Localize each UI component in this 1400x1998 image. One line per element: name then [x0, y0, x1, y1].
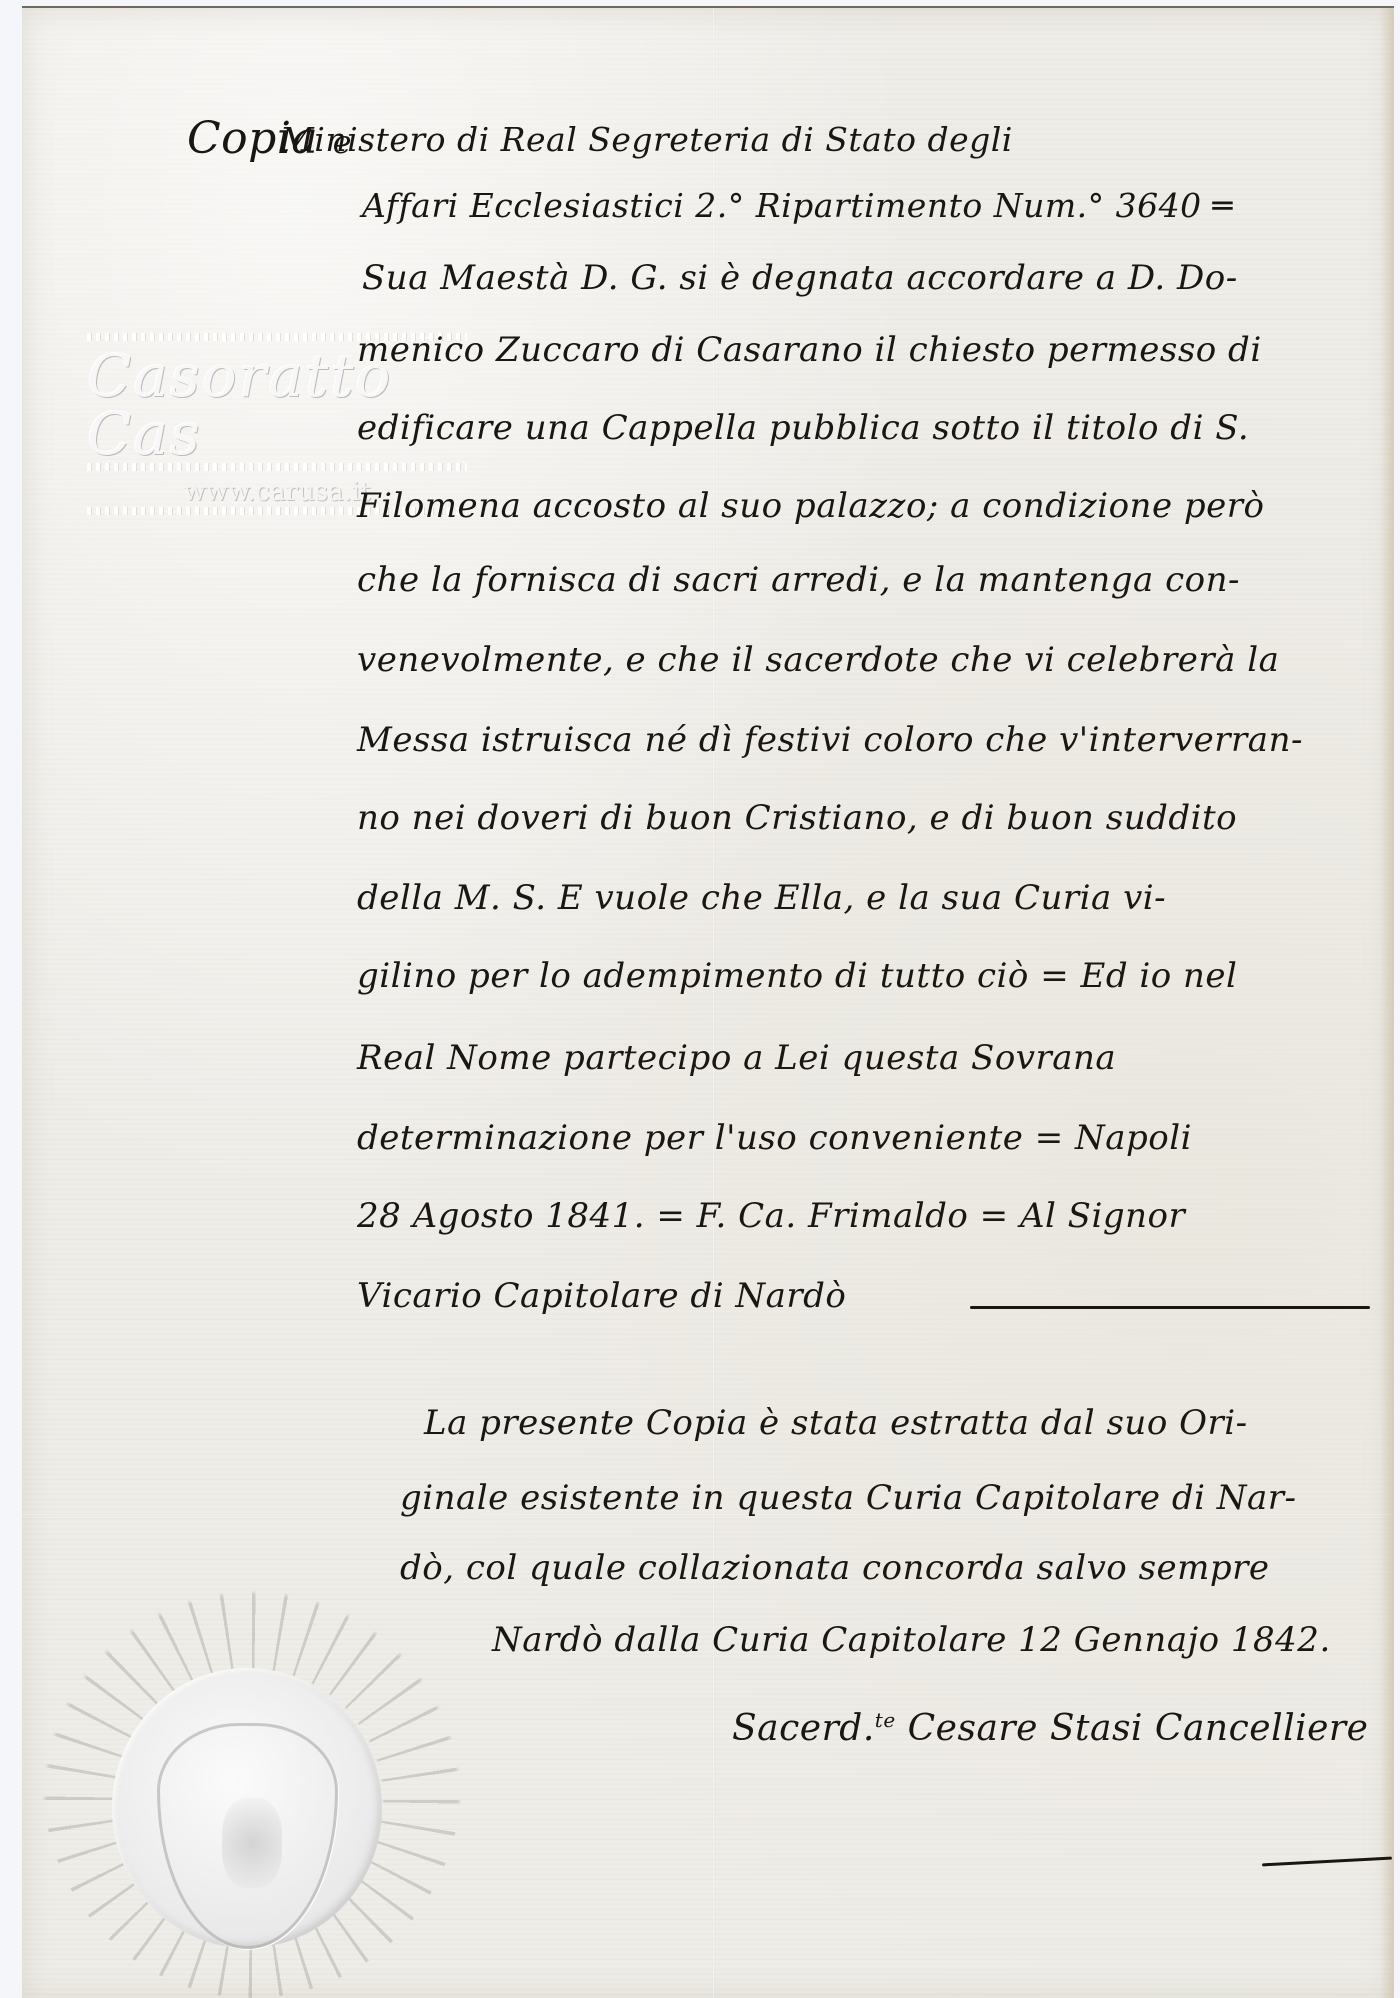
body-line: Ministero di Real Segreteria di Stato de…: [280, 120, 1013, 159]
body-line: Affari Ecclesiastici 2.° Ripartimento Nu…: [362, 186, 1233, 225]
manuscript-page: Casoratto Cas www.carusa.it Copia e Mini…: [22, 6, 1394, 1998]
body-line: della M. S. E vuole che Ella, e la sua C…: [357, 878, 1166, 918]
signature-superscript: te: [875, 1708, 896, 1732]
signature-prefix: Sacerd.: [732, 1708, 875, 1749]
body-line: venevolmente, e che il sacerdote che vi …: [357, 640, 1279, 680]
body-line: Vicario Capitolare di Nardò: [357, 1276, 846, 1316]
body-line: determinazione per l'uso conveniente = N…: [357, 1118, 1192, 1158]
embossed-seal: [42, 1558, 462, 1998]
body-line: gilino per lo adempimento di tutto ciò =…: [357, 956, 1237, 996]
aged-paper-edge: [1380, 8, 1394, 1998]
seal-emblem-icon: [222, 1798, 282, 1888]
signature-name: Cesare Stasi: [908, 1708, 1143, 1749]
place-date: Nardò dalla Curia Capitolare 12 Gennajo …: [492, 1620, 1331, 1660]
body-line: edificare una Cappella pubblica sotto il…: [357, 408, 1249, 448]
body-line: no nei doveri di buon Cristiano, e di bu…: [357, 798, 1237, 838]
body-line: 28 Agosto 1841. = F. Ca. Frimaldo = Al S…: [357, 1196, 1185, 1236]
body-line: Filomena accosto al suo palazzo; a condi…: [357, 486, 1265, 526]
signature-title: Cancelliere: [1155, 1708, 1369, 1749]
closing-flourish-line: [970, 1306, 1370, 1309]
vertical-fold-crease: [712, 8, 715, 1998]
body-line: Sua Maestà D. G. si è degnata accordare …: [362, 258, 1238, 298]
certification-line: dò, col quale collazionata concorda salv…: [400, 1548, 1270, 1588]
signature-block: Sacerd.te Cesare Stasi Cancelliere: [732, 1708, 1368, 1749]
signature-flourish: [1262, 1857, 1392, 1867]
body-line: menico Zuccaro di Casarano il chiesto pe…: [357, 330, 1262, 370]
body-line: che la fornisca di sacri arredi, e la ma…: [357, 560, 1240, 600]
body-line: Real Nome partecipo a Lei questa Sovrana: [357, 1038, 1116, 1078]
certification-line: La presente Copia è stata estratta dal s…: [424, 1403, 1248, 1443]
certification-line: ginale esistente in questa Curia Capitol…: [400, 1478, 1297, 1518]
body-line: Messa istruisca né dì festivi coloro che…: [357, 720, 1303, 760]
